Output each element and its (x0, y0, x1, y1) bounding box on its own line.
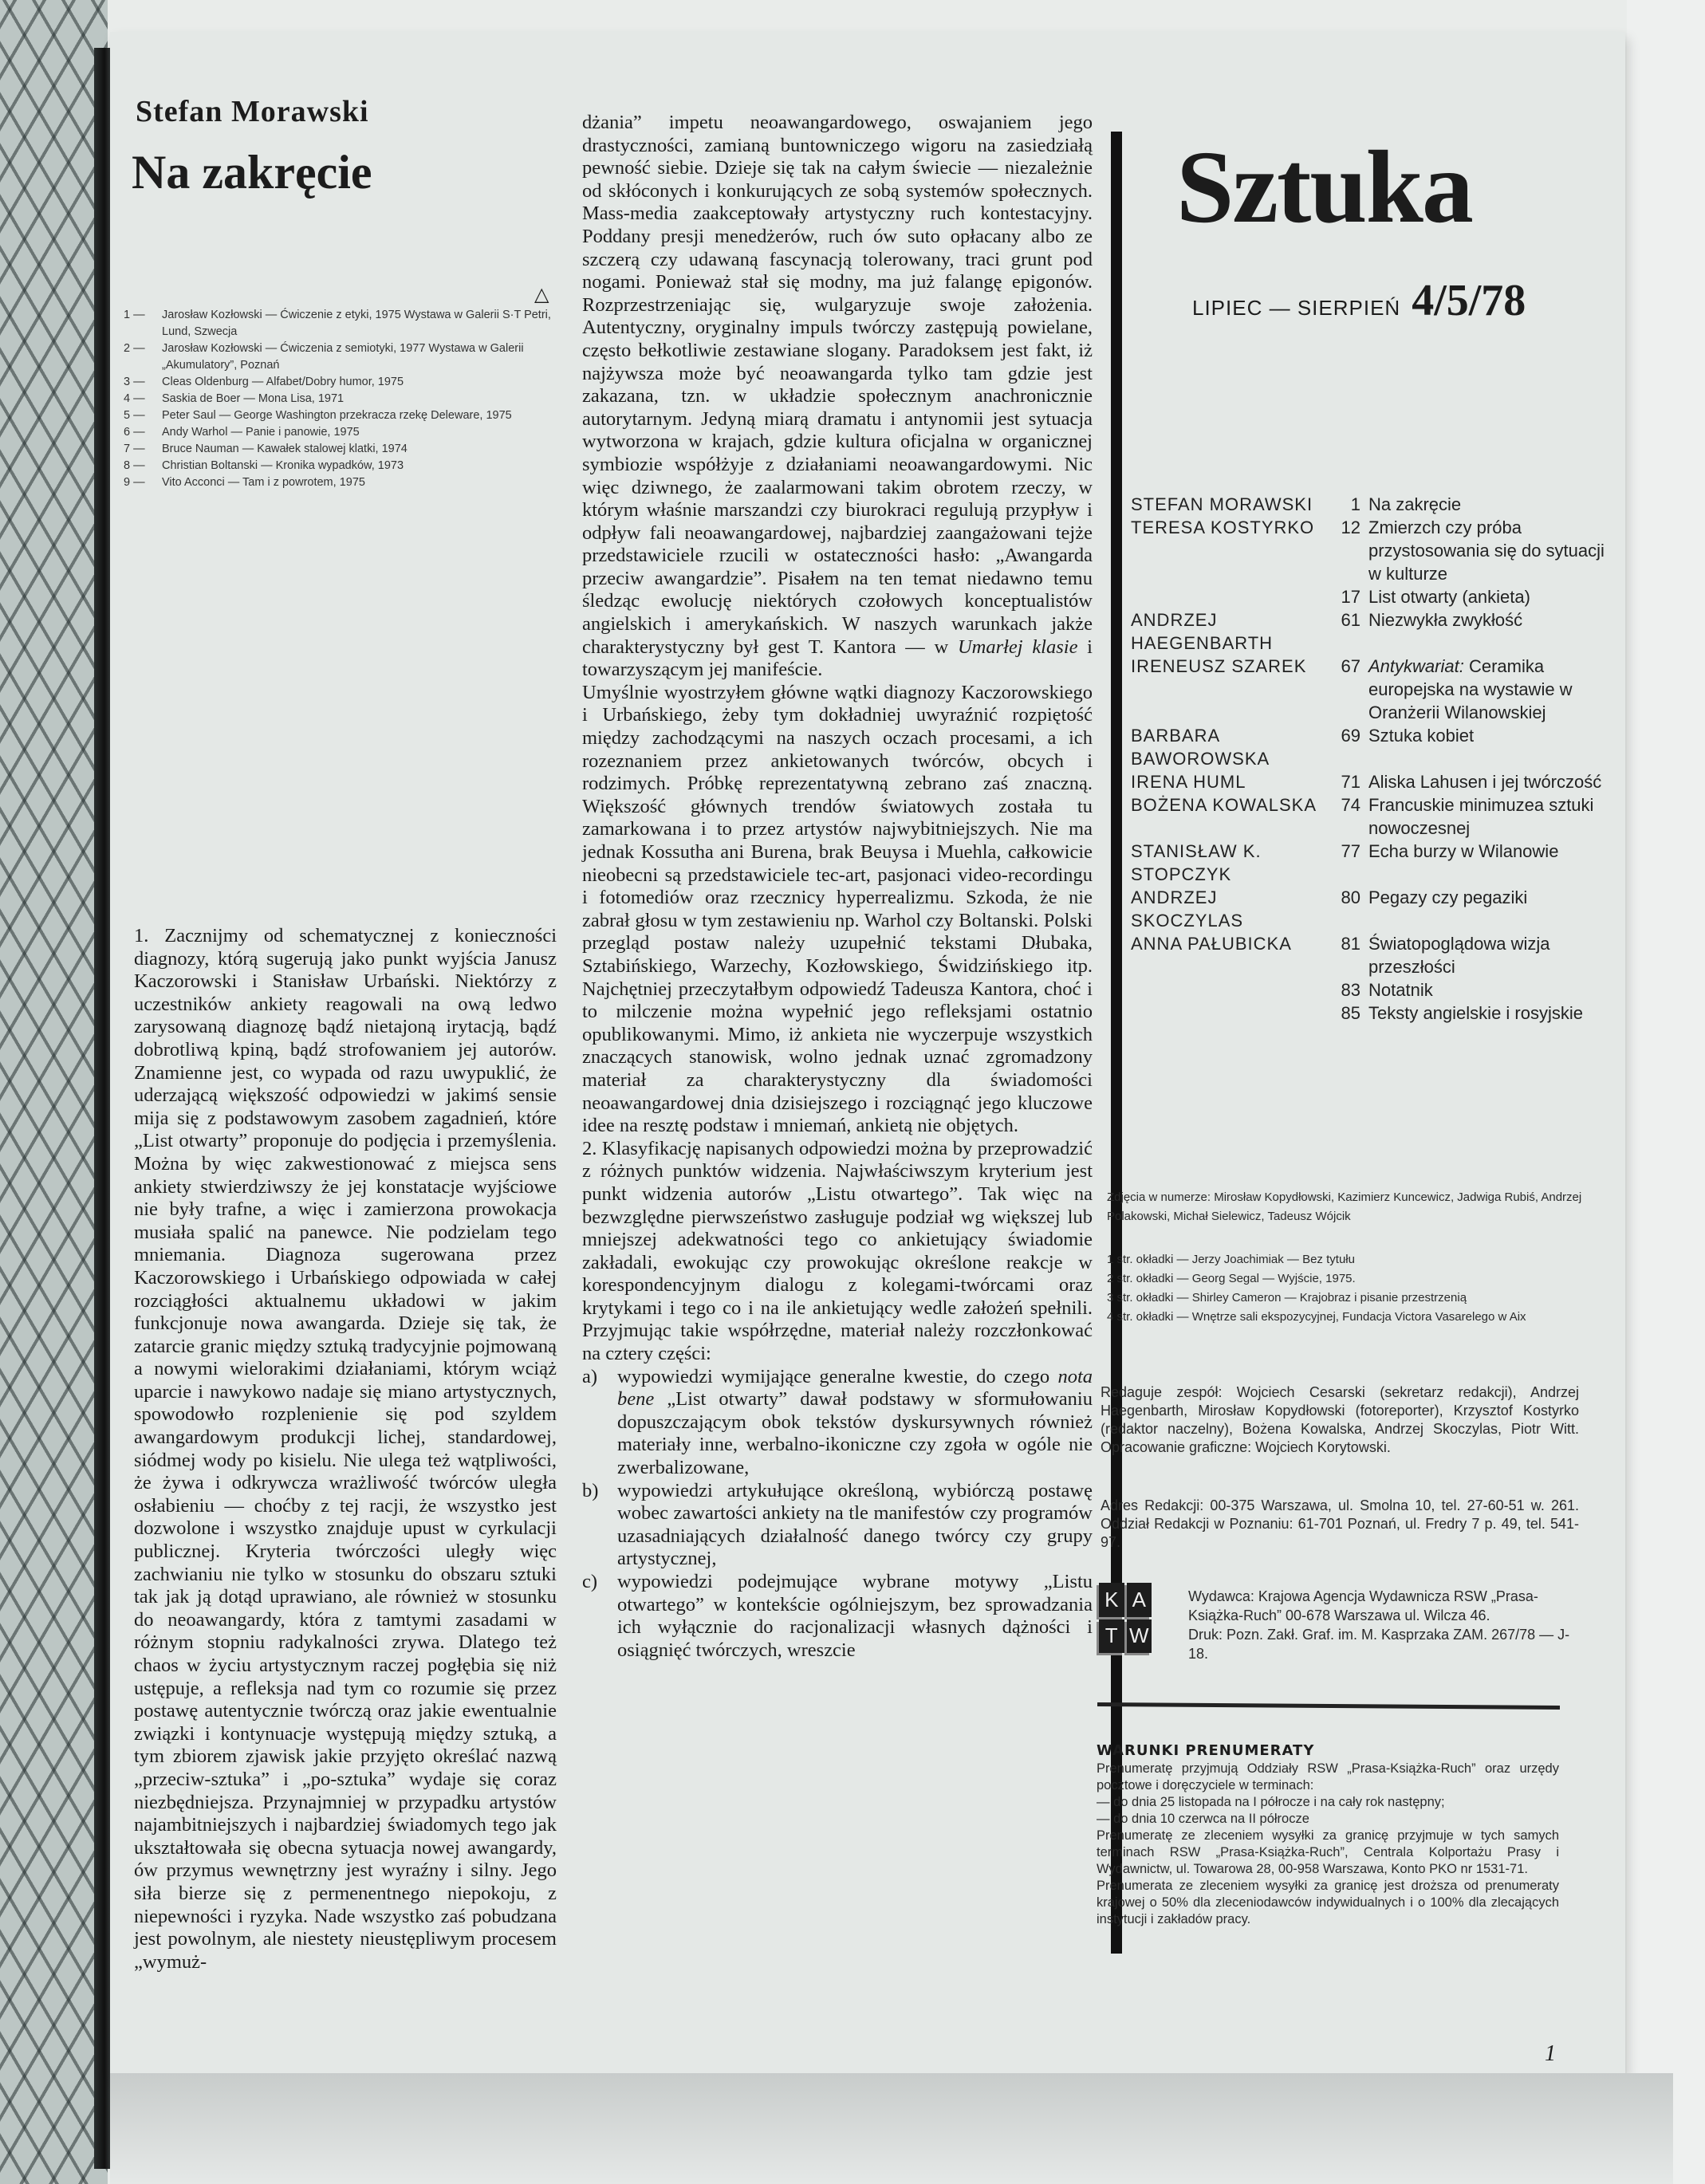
table-of-contents: STEFAN MORAWSKI1Na zakręcie TERESA KOSTY… (1131, 493, 1609, 1025)
page-number: 1 (1545, 2041, 1556, 2067)
column-divider-rule (1111, 132, 1122, 1954)
subscription-paragraph: Prenumeratę przyjmują Oddziały RSW „Pras… (1097, 1761, 1559, 1794)
toc-entry[interactable]: ANDRZEJ HAEGENBARTH61Niezwykła zwykłość (1131, 608, 1609, 655)
illustration-captions: 1 —Jarosław Kozłowski — Ćwiczenie z etyk… (124, 307, 582, 491)
toc-entry[interactable]: ANDRZEJ SKOCZYLAS80Pegazy czy pegaziki (1131, 886, 1609, 932)
classification-item-b: b)wypowiedzi artykułujące określoną, wyb… (582, 1480, 1093, 1571)
publisher-info: Wydawca: Krajowa Agencja Wydawnicza RSW … (1188, 1587, 1587, 1663)
subscription-paragraph: Prenumeratę ze zleceniem wysyłki za gran… (1097, 1828, 1559, 1878)
printer-line: Druk: Pozn. Zakł. Graf. im. M. Kasprzaka… (1188, 1625, 1587, 1663)
toc-entry[interactable]: ANNA PAŁUBICKA81Światopoglądowa wizja pr… (1131, 932, 1609, 978)
subscription-deadline: — do dnia 25 listopada na I półrocze i n… (1097, 1794, 1559, 1811)
caption-item: 5 —Peter Saul — George Washington przekr… (124, 407, 582, 424)
classification-item-c: c)wypowiedzi podejmujące wybrane motywy … (582, 1571, 1093, 1662)
toc-entry[interactable]: IRENA HUML71Aliska Lahusen i jej twórczo… (1131, 770, 1609, 793)
caption-item: 8 —Christian Boltanski — Kronika wypadkó… (124, 458, 582, 474)
article-column-middle: dżania” impetu neoawangardowego, oswajan… (582, 112, 1093, 1662)
photo-credits: Zdjęcia w numerze: Mirosław Kopydłowski,… (1107, 1188, 1589, 1226)
body-paragraph: Umyślnie wyostrzyłem główne wątki diagno… (582, 682, 1093, 1138)
article-author: Stefan Morawski (136, 94, 369, 129)
magazine-masthead: Sztuka (1176, 136, 1472, 239)
issue-number: 4/5/78 (1412, 275, 1526, 326)
kaw-publisher-logo: K A T W (1099, 1583, 1152, 1653)
toc-entry[interactable]: 85Teksty angielskie i rosyjskie (1131, 1001, 1609, 1025)
cover-credit: 3 str. okładki — Shirley Cameron — Krajo… (1107, 1289, 1589, 1308)
classification-item-a: a)wypowiedzi wymijające generalne kwesti… (582, 1366, 1093, 1480)
caption-item: 1 —Jarosław Kozłowski — Ćwiczenie z etyk… (124, 307, 582, 340)
caption-item: 6 —Andy Warhol — Panie i panowie, 1975 (124, 424, 582, 441)
issue-months: LIPIEC — SIERPIEŃ (1192, 296, 1400, 321)
editorial-team: Redaguje zespół: Wojciech Cesarski (sekr… (1101, 1383, 1579, 1457)
subscription-terms: Prenumeratę przyjmują Oddziały RSW „Pras… (1097, 1761, 1559, 1928)
toc-entry[interactable]: BOŻENA KOWALSKA74Francuskie minimuzea sz… (1131, 793, 1609, 840)
body-paragraph: 1. Zacznijmy od schematycznej z konieczn… (134, 925, 557, 1973)
cover-credit: 4 str. okładki — Wnętrze sali ekspozycyj… (1107, 1308, 1589, 1327)
subscription-deadline: — do dnia 10 czerwca na II półrocze (1097, 1811, 1559, 1828)
caption-item: 9 —Vito Acconci — Tam i z powrotem, 1975 (124, 474, 582, 491)
cover-credit: 2 str. okładki — Georg Segal — Wyjście, … (1107, 1269, 1589, 1289)
caption-item: 2 —Jarosław Kozłowski — Ćwiczenia z semi… (124, 340, 582, 374)
issue-info: LIPIEC — SIERPIEŃ 4/5/78 (1192, 275, 1526, 326)
caption-item: 3 —Cleas Oldenburg — Alfabet/Dobry humor… (124, 374, 582, 391)
cover-credits: 1 str. okładki — Jerzy Joachimiak — Bez … (1107, 1250, 1589, 1327)
toc-entry[interactable]: TERESA KOSTYRKO12Zmierzch czy próba przy… (1131, 516, 1609, 585)
body-paragraph: dżania” impetu neoawangardowego, oswajan… (582, 112, 1093, 682)
toc-entry[interactable]: 83Notatnik (1131, 978, 1609, 1001)
article-title: Na zakręcie (132, 145, 372, 200)
publisher-line: Wydawca: Krajowa Agencja Wydawnicza RSW … (1188, 1587, 1587, 1625)
triangle-mark-icon: △ (534, 283, 549, 306)
editorial-address: Adres Redakcji: 00-375 Warszawa, ul. Smo… (1101, 1497, 1579, 1552)
subscription-heading: WARUNKI PRENUMERATY (1097, 1742, 1314, 1759)
cover-credit: 1 str. okładki — Jerzy Joachimiak — Bez … (1107, 1250, 1589, 1269)
toc-entry[interactable]: STEFAN MORAWSKI1Na zakręcie (1131, 493, 1609, 516)
article-column-left: 1. Zacznijmy od schematycznej z konieczn… (134, 925, 557, 1973)
caption-item: 4 —Saskia de Boer — Mona Lisa, 1971 (124, 391, 582, 407)
body-paragraph: 2. Klasyfikację napisanych odpowiedzi mo… (582, 1138, 1093, 1366)
caption-item: 7 —Bruce Nauman — Kawałek stalowej klatk… (124, 441, 582, 458)
spiral-binding-mesh (0, 0, 108, 2184)
toc-entry[interactable]: 17List otwarty (ankieta) (1131, 585, 1609, 608)
toc-entry[interactable]: IRENEUSZ SZAREK67Antykwariat: Ceramika e… (1131, 655, 1609, 724)
spine-edge (94, 48, 112, 2169)
toc-entry[interactable]: STANISŁAW K. STOPCZYK77Echa burzy w Wila… (1131, 840, 1609, 886)
page-bottom-shadow (110, 2073, 1673, 2184)
background-strip (1627, 0, 1705, 2184)
subscription-paragraph: Prenumerata ze zleceniem wysyłki za gran… (1097, 1878, 1559, 1928)
toc-entry[interactable]: BARBARA BAWOROWSKA69Sztuka kobiet (1131, 724, 1609, 770)
